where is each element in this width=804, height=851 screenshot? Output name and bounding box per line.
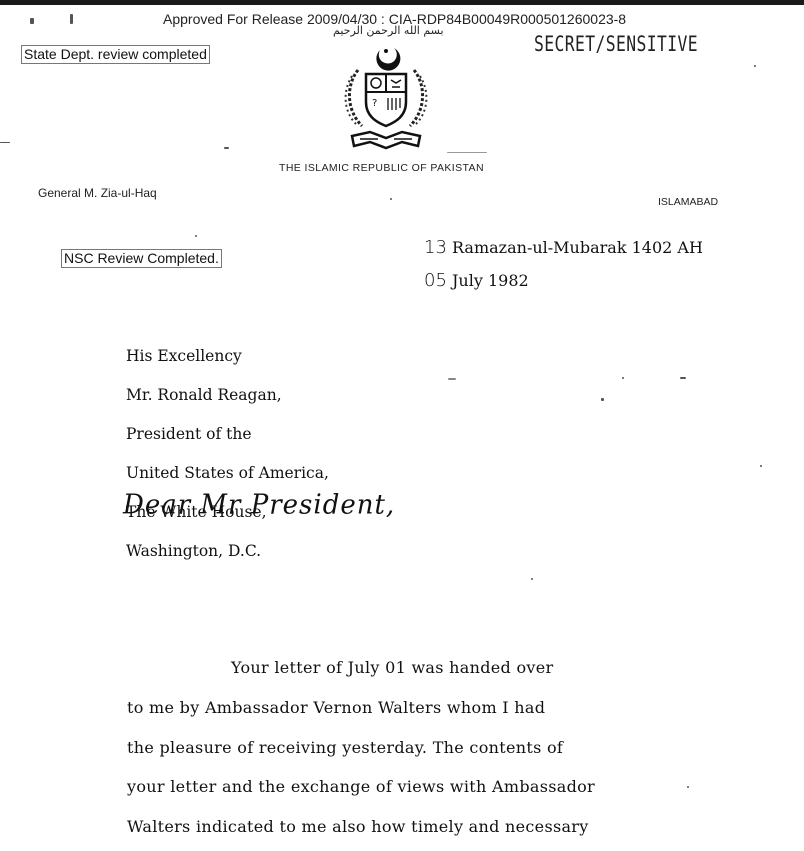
address-line: Washington, D.C. xyxy=(126,542,329,562)
gregorian-month-year: July 1982 xyxy=(452,271,529,290)
body-line: your letter and the exchange of views wi… xyxy=(127,777,595,796)
scan-speck xyxy=(622,377,624,379)
svg-text:?: ? xyxy=(372,98,377,109)
scan-speck xyxy=(531,578,533,580)
scan-speck xyxy=(754,65,756,67)
bismillah-inscription: بسم الله الرحمن الرحيم xyxy=(333,24,444,37)
handwritten-salutation: Dear Mr President, xyxy=(123,489,395,521)
hijri-month-year: Ramazan-ul-Mubarak 1402 AH xyxy=(452,238,703,257)
gregorian-date: 05 July 1982 xyxy=(424,270,529,291)
scan-speck xyxy=(687,786,689,788)
page-top-edge xyxy=(0,0,804,5)
scan-speck xyxy=(0,142,10,143)
country-name: THE ISLAMIC REPUBLIC OF PAKISTAN xyxy=(279,162,484,174)
scan-speck xyxy=(447,152,487,153)
state-dept-review-stamp: State Dept. review completed xyxy=(21,45,210,64)
address-line: President of the xyxy=(126,425,329,445)
hijri-day: 13 xyxy=(424,237,447,258)
state-emblem-icon: ? xyxy=(336,40,436,160)
scan-speck xyxy=(680,377,686,379)
address-line: Mr. Ronald Reagan, xyxy=(126,386,329,406)
scan-speck xyxy=(601,398,604,401)
address-line: United States of America, xyxy=(126,464,329,484)
body-line: to me by Ambassador Vernon Walters whom … xyxy=(127,698,545,717)
scan-speck xyxy=(70,14,73,24)
sender-name: General M. Zia-ul-Haq xyxy=(38,186,157,200)
scan-speck xyxy=(195,235,197,237)
scan-speck xyxy=(760,465,762,467)
classification-marking: SECRET/SENSITIVE xyxy=(534,32,698,56)
body-line: Walters indicated to me also how timely … xyxy=(127,817,589,836)
city-name: ISLAMABAD xyxy=(658,196,718,208)
body-line: the pleasure of receiving yesterday. The… xyxy=(127,738,563,757)
address-line: His Excellency xyxy=(126,347,329,367)
body-line: Your letter of July 01 was handed over xyxy=(231,658,553,677)
scan-speck xyxy=(30,18,34,24)
scan-speck xyxy=(224,147,229,149)
scan-speck xyxy=(448,378,456,380)
scan-speck xyxy=(390,198,392,200)
gregorian-day: 05 xyxy=(424,270,447,291)
recipient-address: His Excellency Mr. Ronald Reagan, Presid… xyxy=(126,327,329,581)
hijri-date: 13 Ramazan-ul-Mubarak 1402 AH xyxy=(424,237,703,258)
nsc-review-stamp: NSC Review Completed. xyxy=(61,249,222,268)
